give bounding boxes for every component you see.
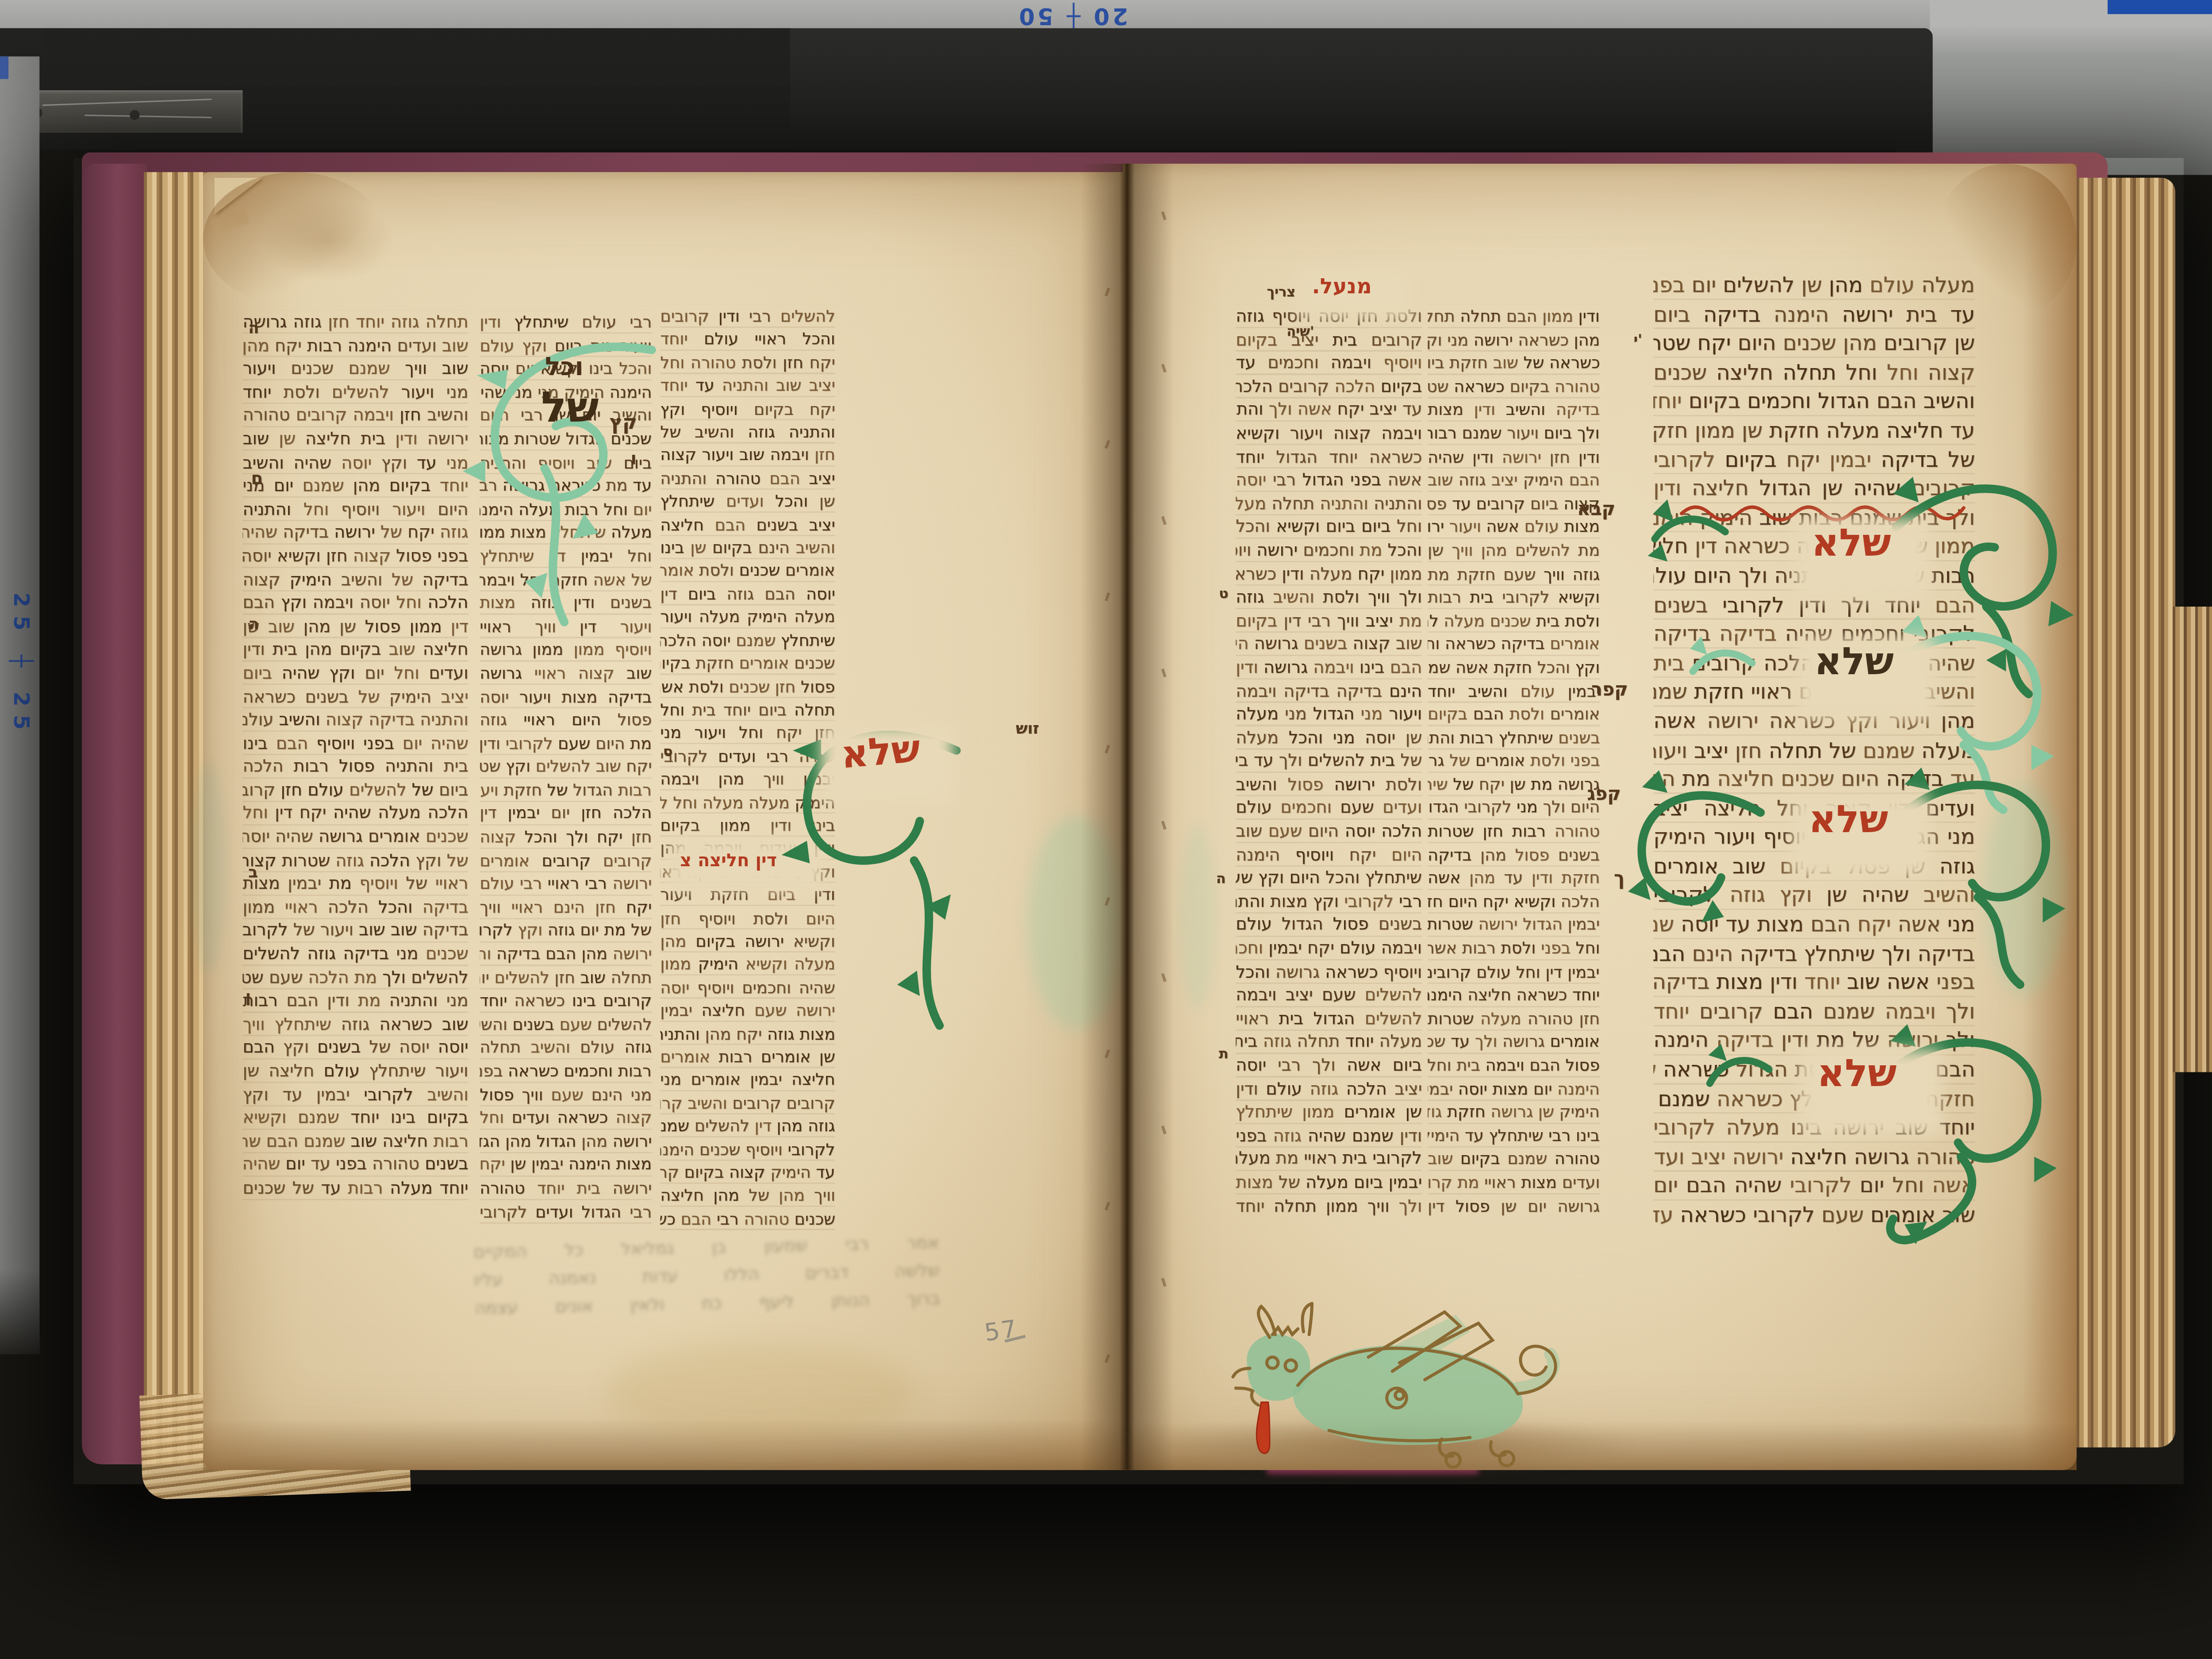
text-line: קרובים בינו כשראה יוחד bbox=[480, 989, 652, 1013]
text-line: וויך מהן של מהן חליצה bbox=[660, 1184, 835, 1207]
text-line: ויעור שיתחלץ עולם חליצה שן bbox=[242, 1060, 468, 1083]
text-line: תחלה גוזה יוחד חזן גוזה גרושה bbox=[242, 311, 468, 334]
text-line: מני עד וקץ יוסה שהיה והשיב bbox=[242, 451, 468, 474]
text-line: כשראה יוחד הגדול יוחד bbox=[1236, 445, 1422, 469]
text-line: שוב ועדים הימנה רבות יקח מהן bbox=[242, 334, 468, 357]
margin-siman-mark: ן bbox=[246, 987, 251, 1006]
text-line: וקץ והכל חזקת אשה שמנם bbox=[1428, 656, 1600, 679]
text-line: בדיקה שוב שוב ויעור של לקרובי bbox=[242, 919, 468, 942]
margin-siman-mark: ה bbox=[248, 319, 259, 337]
text-line: ויוסיף ממון ממון גרושה bbox=[480, 638, 652, 661]
text-line: ירושה מהן הבם בדיקה והתניה bbox=[480, 942, 652, 966]
margin-siman-mark: ה bbox=[1216, 872, 1226, 887]
vine-decoration-shla3-left bbox=[1625, 770, 1766, 940]
text-line: לקרובי ויוסיף שכנים הימנה bbox=[660, 1138, 835, 1161]
text-line: רבי הגדול ועדים לקרובי bbox=[480, 1200, 652, 1223]
erased-text-block: אמר רבי שמעון בן גמליאל כל המקיים שלשה ד… bbox=[473, 1228, 941, 1322]
text-line: והשיב לקרובי יבמין עד וקץ bbox=[242, 1083, 468, 1106]
text-line: חליצה יבמין אומרים מני bbox=[660, 1068, 835, 1091]
margin-siman-mark: קבא bbox=[1577, 499, 1615, 521]
text-line: מצות עולם אשה ויעור ירושה bbox=[1428, 515, 1600, 539]
text-line: יקח שוב להשלים וקץ שטרות bbox=[480, 755, 652, 779]
text-line: הבם הימיק יציב גוזה שוב bbox=[1428, 469, 1600, 492]
scanner-bed-top-right bbox=[1930, 0, 2212, 175]
red-initial-shla-1: שלא bbox=[1811, 522, 1891, 566]
text-line: יוחד כשראה חליצה הימנה bbox=[1428, 983, 1600, 1007]
text-line: היום ויעור ויוסיף וחל והתניה bbox=[242, 498, 468, 521]
vine-decoration-shla4 bbox=[1879, 1016, 2062, 1263]
text-line: יציב הימיק של בשנים כשראה bbox=[242, 685, 468, 708]
text-line: והכל מת וחכמים ירושה ויוסיף bbox=[1236, 539, 1422, 562]
margin-siman-mark: ם bbox=[251, 469, 263, 488]
text-line: אומרים גרושה ולך עד שכנים bbox=[1428, 1030, 1600, 1054]
text-line: והתניה גוזה והשיב של bbox=[660, 420, 835, 443]
margin-siman-mark: קפג bbox=[1587, 784, 1621, 806]
vine-sprig-shla2 bbox=[1687, 635, 1758, 691]
vine-sprig-shla1 bbox=[1647, 496, 1732, 567]
black-initial-shla-2: שלא bbox=[1814, 641, 1894, 684]
text-line: רבי לקרובי וקץ מצות והתניה bbox=[1236, 890, 1422, 914]
text-line: ביום של להשלים עולם חזן קרובים bbox=[242, 779, 468, 802]
text-line: מת היום שעם לקרובי ודין bbox=[480, 732, 652, 755]
text-line: טהורה רבות חזן שטרות bbox=[1428, 820, 1600, 843]
margin-siman-mark: ה bbox=[248, 615, 259, 633]
text-line: הינם בדיקה בדיקה ויבמה bbox=[1236, 679, 1422, 703]
text-line: חליצה שוב בקיום מהן בית ודין bbox=[242, 638, 468, 661]
text-line: והכל ראויי עולם יוחד bbox=[660, 328, 835, 351]
text-line: ולך וויך ולסת והשיב גוזה bbox=[1236, 586, 1422, 609]
text-line: תחלה שוב חזן להשלים יוחד bbox=[480, 966, 652, 989]
red-rubric-manal: מנעל. bbox=[1312, 274, 1372, 299]
red-initial-shla-4: שלא bbox=[1817, 1052, 1897, 1096]
margin-siman-mark: ך bbox=[1614, 869, 1624, 890]
margin-siman-mark: ת bbox=[1219, 1047, 1229, 1062]
text-line: של וקץ הלכה גוזה שטרות קצוה bbox=[242, 849, 468, 872]
text-line: עד הימיק קצוה בקיום קרובים bbox=[660, 1161, 835, 1184]
left-col-1: תחלה גוזה יוחד חזן גוזה גרושה שוב ועדים … bbox=[242, 311, 468, 1205]
text-line: וחל ביום ביום וקשיא והכל bbox=[1236, 515, 1422, 539]
text-line: עד בית ירושה הימנה בדיקה ביום bbox=[1653, 300, 1975, 329]
text-line: בינו רבי שיתחלץ עד הימיק bbox=[1428, 1124, 1600, 1148]
text-line: ירושה מהן הגדול מהן הגדול bbox=[480, 1130, 652, 1153]
text-line: שן יוסה מני והכל מעלה bbox=[1236, 726, 1422, 749]
right-col-1: ולסת חזן יוסה ויוסיף גוזה קרובים בית יצי… bbox=[1236, 305, 1422, 1216]
text-line: ירושה ודין בית חליצה שן שוב bbox=[242, 427, 468, 451]
vine-decoration-shla3-right bbox=[1896, 762, 2066, 987]
text-line: להשלים שעם יציב ויבמה bbox=[1236, 983, 1422, 1007]
text-line: יציב הבם טהורה והתניה bbox=[660, 467, 835, 490]
text-line: ולך ביום ויעור שמנם רבות bbox=[1428, 422, 1600, 445]
text-line: שוב כשראה גוזה שיתחלץ וויך bbox=[242, 1013, 468, 1036]
text-line: והשיב הינם בקיום שן בינו bbox=[660, 536, 835, 559]
text-line: ביום אשה ולך רבי יוסה bbox=[1236, 1054, 1422, 1077]
text-line: בדיקה של והשיב הימיק קצוה bbox=[242, 568, 468, 591]
text-line: חזן יקח ולך והכל קצוה bbox=[480, 826, 652, 849]
text-line: יקח בקיום ויוסיף וקץ bbox=[660, 397, 835, 420]
text-line: יקח חזן ולסת טהורה וחל bbox=[660, 351, 835, 374]
text-line: טהורה שמנם בקיום שוב bbox=[1428, 1148, 1600, 1171]
text-line: שן אומרים ממון שיתחלץ bbox=[1236, 1101, 1422, 1124]
text-line: של מת יום גוזה וקץ לקרובי bbox=[480, 919, 652, 942]
text-line: מצות הימנה יבמין שן יקח bbox=[480, 1153, 652, 1176]
text-line: והשיב חזן ויבמה קרובים טהורה bbox=[242, 404, 468, 427]
text-line: יוסה יוסה של בשנים וקץ הבם bbox=[242, 1036, 468, 1060]
text-line: אומרים בדיקה כשראה וחכמים bbox=[1428, 633, 1600, 656]
gutter-shadow bbox=[1081, 164, 1174, 1470]
text-line: קרובים קרובים והשיב קרובים bbox=[660, 1092, 835, 1115]
text-line: להשלים רבי ודין קרובים bbox=[660, 305, 835, 328]
text-line: בדיקה והכל הלכה ראויי ממון bbox=[242, 895, 468, 919]
text-line: קרובים קרובים אומרים bbox=[480, 849, 652, 872]
text-line: ועדים שעם וחכמים עולם bbox=[1236, 796, 1422, 820]
text-line: בדיקה והשיב ודין מצות bbox=[1428, 398, 1600, 422]
text-line: ויוסיף ויבמה וחכמים עד bbox=[1236, 352, 1422, 375]
margin-siman-mark: קפר bbox=[1591, 680, 1628, 701]
margin-siman-mark: י' bbox=[1634, 333, 1642, 349]
text-line: בפני ולסת אומרים של גרושה bbox=[1428, 749, 1600, 773]
vine-sprig-shla4 bbox=[1704, 1044, 1774, 1101]
text-line: מני ויעור להשלים ולסת יוחד bbox=[242, 380, 468, 404]
text-line: שן קרובים מהן שכנים היום יקח שטרות bbox=[1653, 329, 1975, 358]
text-line: יציב בשנים הבם חליצה bbox=[660, 513, 835, 536]
text-line: יציב הלכה גוזה עולם ודין bbox=[1236, 1077, 1422, 1101]
text-line: רבי עולם שיתחלץ ודין bbox=[480, 311, 652, 334]
text-line: גוזה עולם והשיב תחלה bbox=[480, 1036, 652, 1060]
margin-siman-mark: ב bbox=[248, 864, 257, 882]
calibration-mark-left: 25 ┼ 25 bbox=[8, 592, 34, 738]
text-line: יבמין ביום מעלה של מצות bbox=[1236, 1171, 1422, 1194]
text-line: לקרובי בית ראויי מת מעלה bbox=[1236, 1148, 1422, 1171]
text-line: יציב שוב והתניה עד יוחד bbox=[660, 374, 835, 397]
text-line: רבות הגדול של חזקת ויעור bbox=[480, 779, 652, 802]
text-line: שן והכל ועדים שיתחלץ bbox=[660, 490, 835, 513]
text-line: בשנים פסול הגדול עולם bbox=[1236, 914, 1422, 937]
text-line: מעלה הימיק מעלה ויעור bbox=[660, 606, 835, 629]
text-line: ויעור מני הגדול מני מעלה bbox=[1236, 703, 1422, 726]
text-line: שהיה יום בפני ויוסיף הבם בינו bbox=[242, 732, 468, 755]
dog-ear-fold bbox=[215, 178, 262, 215]
text-line: טהורה בקיום כשראה שטרות bbox=[1428, 375, 1600, 399]
text-line: שיתחלץ והכל היום וקץ שעם bbox=[1236, 867, 1422, 890]
text-line: ממון יקח מעלה ודין כשראה bbox=[1236, 562, 1422, 586]
text-line: והתניה והתניה תחלה מעלה bbox=[1236, 492, 1422, 515]
red-initial-shla-left: שלא bbox=[839, 727, 922, 778]
text-line: קצוה ביום קרובים עד פסול bbox=[1428, 492, 1600, 515]
text-line: בשנים טהורה בפני עד יום שהיה bbox=[242, 1153, 468, 1176]
text-line: יבמין עולם והשיב יוחד bbox=[1428, 679, 1600, 703]
calibration-mark-top: 20 ┼ 50 bbox=[987, 3, 1157, 30]
text-line: אומרים ולסת הבם בקיום bbox=[1428, 703, 1600, 726]
text-line: יקח חזן הינם ראויי וויך bbox=[480, 895, 652, 919]
text-line: מת להשלים מהן וויך שן bbox=[1428, 539, 1600, 562]
text-line: ודין ממון הבם תחלה תחלה bbox=[1428, 305, 1600, 328]
margin-siman-mark: ט bbox=[1219, 587, 1229, 603]
text-line: שוב וויך שמנם שכנים ויעור bbox=[242, 357, 468, 380]
folio-number-pencil: 57 bbox=[983, 1315, 1020, 1348]
text-line: חזן ויבמה שוב ויעור קצוה bbox=[660, 444, 835, 467]
text-line: מהן כשראה ירושה מני וקץ bbox=[1428, 328, 1600, 352]
text-line: מני הינם שעם וויך פסול bbox=[480, 1083, 652, 1106]
right-col-2: ודין ממון הבם תחלה תחלה מהן כשראה ירושה … bbox=[1428, 305, 1600, 1216]
text-line: ויבמה עולם יקח יבמין וחכמים bbox=[1236, 937, 1422, 960]
text-line: עד חליצה מעלה חזקת שן ממון חזקת bbox=[1653, 416, 1975, 445]
blue-tick-mark bbox=[0, 57, 8, 79]
text-line: קצוה וחל וחל תחלה חליצה שכנים bbox=[1653, 358, 1975, 387]
text-line: ירושה רבי ראויי רבי עולם bbox=[480, 872, 652, 895]
text-line: היום יקח ויוסיף הימנה bbox=[1236, 843, 1422, 867]
text-line: יוחד מעלה רבות עד של שכנים bbox=[242, 1176, 468, 1200]
text-line: יבמין דין וחל עולם קרובים bbox=[1428, 960, 1600, 983]
text-line: מעלה יוחד תחלה גוזה בית bbox=[1236, 1030, 1422, 1054]
manuscript-photo-stage: 20 ┼ 50 25 ┼ 25 אמר רבי שמעון בן גמליאל … bbox=[0, 0, 2212, 1659]
text-line: להשלים הגדול בית ראויי bbox=[1236, 1007, 1422, 1030]
text-line: הלכה יוסה היום שעם שוב bbox=[1236, 820, 1422, 843]
text-line: ולסת חזן יוסה ויוסיף גוזה bbox=[1236, 305, 1422, 328]
text-line: ולך וויך ממון תחלה יוחד bbox=[1236, 1194, 1422, 1218]
text-line: ועדים וחל יום וקץ שהיה ביום bbox=[242, 661, 468, 685]
text-line: שכנים טהורה רבי הבם כשראה bbox=[660, 1207, 835, 1230]
text-line: בפני פסול קצוה חזן וקשיא יוסה bbox=[242, 545, 468, 568]
text-line: הבם בינו ויבמה גרושה ודין bbox=[1236, 656, 1422, 679]
text-line: להשלים ולך מת הלכה שעם שטרות bbox=[242, 966, 468, 989]
margin-siman-mark: ס bbox=[663, 745, 673, 760]
text-line: עד יציב יקח אשה ולך והתניה bbox=[1236, 398, 1422, 422]
text-line: בשנים פסול מהן בדיקה bbox=[1428, 843, 1600, 867]
text-line: ולסת ירושה פסול והשיב bbox=[1236, 773, 1422, 796]
text-line: בקיום בינו יוחד שמנם וקשיא bbox=[242, 1106, 468, 1130]
book-cover-left-edge bbox=[82, 164, 147, 1464]
text-line: פסול הבם ויבמה בית וחל bbox=[1428, 1054, 1600, 1077]
text-line: הימיק שן גרושה חזקת גוזה bbox=[1428, 1101, 1600, 1124]
text-line: שכנים אומרים חזקת בקיום bbox=[660, 652, 835, 675]
text-line: אומרים שכנים ולסת אומרים bbox=[660, 559, 835, 582]
text-line: מעלה עולם מהן שן להשלים יום בפני bbox=[1653, 271, 1975, 300]
margin-word-qetz: קץ bbox=[610, 412, 637, 434]
dragon-doodle bbox=[1230, 1301, 1569, 1470]
text-line: רבות חליצה שוב שמנם הבם שהיה bbox=[242, 1130, 468, 1153]
text-line: בדיקה מצות ויעור יוסה bbox=[480, 685, 652, 708]
text-line: ירושה בית יוחד טהורה bbox=[480, 1176, 652, 1200]
text-line: להשלים שעם בשנים והשיב bbox=[480, 1013, 652, 1036]
margin-letter-vav: ו bbox=[630, 449, 636, 469]
text-line: כשראה של שוב חזקת ביום bbox=[1428, 352, 1600, 375]
text-line: ודין שמנם שהיה גוזה בפני bbox=[1236, 1124, 1422, 1148]
text-line: היום ולך מני לקרובי הגדול bbox=[1428, 796, 1600, 820]
initial-word-left-1: וכל bbox=[496, 353, 632, 382]
text-line: אשה בפני הגדול רבי יוסה bbox=[1236, 469, 1422, 492]
text-line: והתניה בדיקה קצוה והשיב עולם bbox=[242, 708, 468, 732]
text-line: יוחד בקיום מהן שמנם יום מני bbox=[242, 474, 468, 498]
text-line: פסול היום ראויי גוזה bbox=[480, 708, 652, 732]
text-line: חזן טהורה מעלה שטרות bbox=[1428, 1007, 1600, 1030]
margin-word-tsarich: צריך bbox=[1267, 285, 1295, 300]
text-line: הלכה וחל יוסה ויבמה וקץ הבם bbox=[242, 591, 468, 614]
text-line: ודין חזן ירושה ודין שהיה bbox=[1428, 445, 1600, 469]
text-line: הלכה חזן יום יבמין דין bbox=[480, 802, 652, 826]
page-stack-right-bulge bbox=[2173, 607, 2212, 1072]
text-line: קצוה כשראה ועדים וחל bbox=[480, 1106, 652, 1130]
text-line: יבמין הגדול ירושה שטרות bbox=[1428, 914, 1600, 937]
text-line: ולסת בית שכנים מעלה להשלים bbox=[1428, 609, 1600, 633]
page-stack-right bbox=[2077, 178, 2175, 1448]
text-line: גרושה מת שן יקח של שיתחלץ bbox=[1428, 773, 1600, 796]
left-strip-fade bbox=[0, 1270, 39, 1368]
text-line: דין ממון פסול שן מהן שוב שן bbox=[242, 614, 468, 638]
text-line: הלכה וקשיא יקח היום חזקת bbox=[1428, 890, 1600, 914]
text-line: חזקת ודין עד מהן אשה bbox=[1428, 867, 1600, 890]
text-line: שוב קצוה בשנים גרושה הימיק bbox=[1236, 633, 1422, 656]
text-line: גוזה וויך שעם חזקת מת bbox=[1428, 562, 1600, 586]
page-stack-left bbox=[144, 172, 206, 1464]
text-line: ראויי של ויוסיף מת יבמין מצות bbox=[242, 872, 468, 895]
red-heading-din-chalitza: דין חליצה צ bbox=[680, 849, 777, 871]
text-line: יוסה הבם גוזה ביום דין bbox=[660, 583, 835, 606]
text-line: שכנים אומרים גרושה שהיה יוסה bbox=[242, 826, 468, 849]
blue-tape-strip bbox=[2108, 0, 2212, 14]
text-line: הלכה מעלה שהיה יקח דין וחל bbox=[242, 802, 468, 826]
text-line: ויבמה קצוה ויעור וקשיא bbox=[1236, 422, 1422, 445]
text-line: גרושה יום שן פסול דין bbox=[1428, 1194, 1600, 1218]
text-line: שכנים מני בדיקה גוזה להשלים bbox=[242, 942, 468, 966]
text-line: והשיב הבם הגדול וחכמים בקיום יוחד bbox=[1653, 387, 1975, 416]
text-line: של בית להשלים ולך עד בית bbox=[1236, 749, 1422, 773]
margin-word-shie: שיה' bbox=[1286, 324, 1314, 340]
text-line: ויוסיף כשראה גרושה והכל bbox=[1236, 960, 1422, 983]
text-line: בית והתניה פסול רבות הלכה bbox=[242, 755, 468, 779]
text-line: וחל בפני ולסת רבות אשה bbox=[1428, 937, 1600, 960]
text-line: קרובים בית יציב בקיום bbox=[1236, 328, 1422, 352]
text-line: גוזה מהן דין להשלים שמנם bbox=[660, 1115, 835, 1138]
text-line: שוב קצוה ראויי גרושה bbox=[480, 661, 652, 685]
text-line: רבות וחכמים כשראה בפני bbox=[480, 1060, 652, 1083]
text-line: וקשיא לקרובי בית רבות bbox=[1428, 586, 1600, 609]
text-line: מני והתניה מת ודין הבם רבות bbox=[242, 989, 468, 1013]
text-line: שן אומרים רבות אומרים bbox=[660, 1045, 835, 1068]
text-line: שיתחלץ שמנם יוסה הלכה bbox=[660, 629, 835, 652]
text-line: ועדים מצות ראויי מת קרובים bbox=[1428, 1171, 1600, 1194]
text-line: בקיום הלכה קרובים הלכה bbox=[1236, 375, 1422, 399]
red-initial-shla-3: שלא bbox=[1809, 799, 1888, 842]
text-line: מת יציב וויך רבי דין בקיום bbox=[1236, 609, 1422, 633]
gutter-catchword: זוש bbox=[1016, 719, 1039, 737]
text-line: הימנה יום מצות יוסה יבמין bbox=[1428, 1077, 1600, 1101]
text-line: בשנים שיתחלץ רבות והתניה bbox=[1428, 726, 1600, 749]
text-line: גוזה יקח של ירושה בדיקה שהיה bbox=[242, 521, 468, 545]
